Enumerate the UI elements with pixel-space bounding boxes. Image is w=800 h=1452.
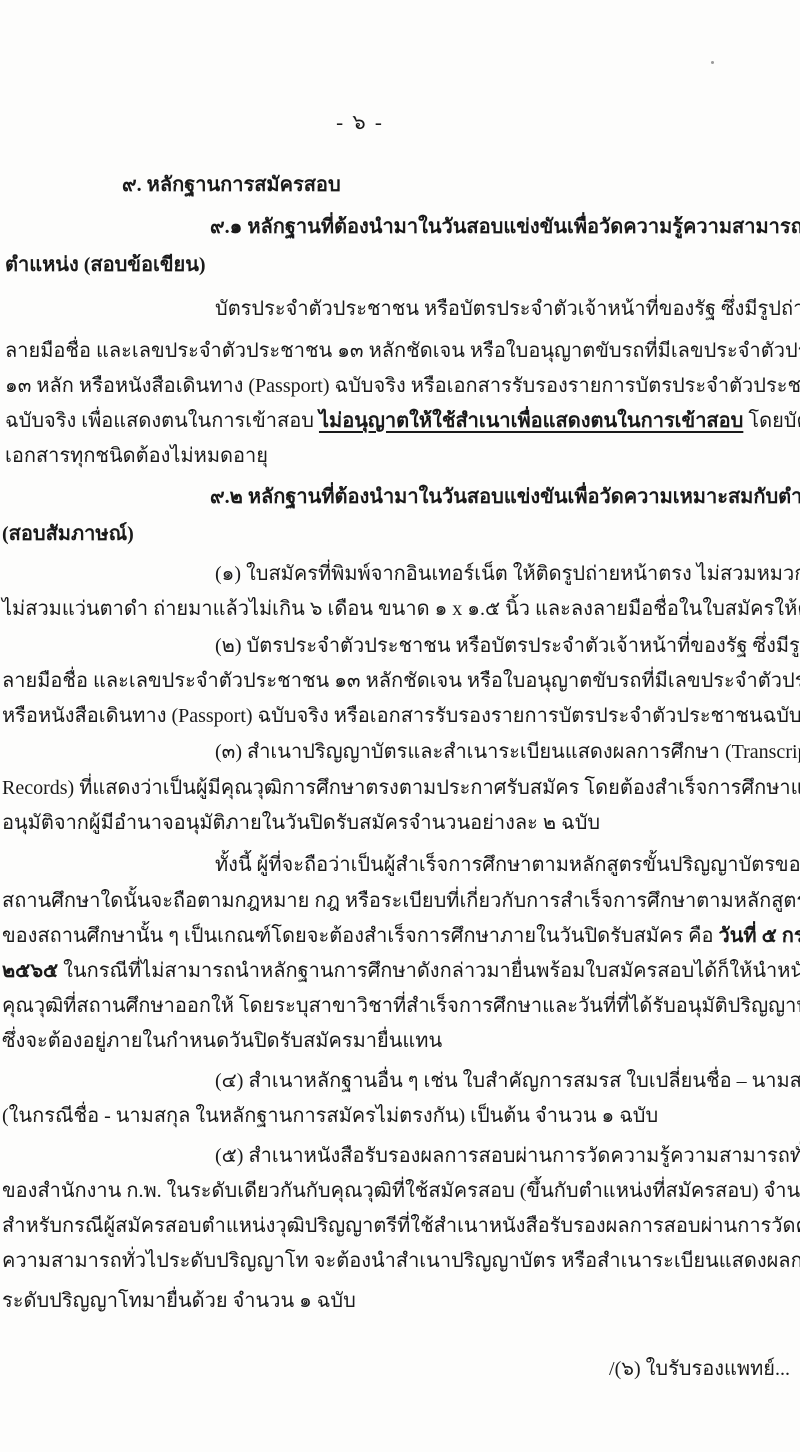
text-line: (ในกรณีชื่อ - นามสกุล ในหลักฐานการสมัครไ… xyxy=(2,1101,658,1131)
text-line: (๔) สำเนาหลักฐานอื่น ๆ เช่น ใบสำคัญการสม… xyxy=(215,1066,800,1096)
text-line: อนุมัติจากผู้มีอำนาจอนุมัติภายในวันปิดรั… xyxy=(2,808,600,838)
text-line: บัตรประจำตัวประชาชน หรือบัตรประจำตัวเจ้า… xyxy=(215,294,800,324)
text-segment: ซึ่งจะต้องอยู่ภายในกำหนดวันปิดรับสมัครมา… xyxy=(2,1030,442,1052)
text-line: เอกสารทุกชนิดต้องไม่หมดอายุ xyxy=(5,441,268,471)
text-line: ๙.๒ หลักฐานที่ต้องนำมาในวันสอบแข่งขันเพื… xyxy=(210,482,800,512)
text-segment: ความสามารถทั่วไประดับปริญญาโท จะต้องนำสำ… xyxy=(2,1250,800,1272)
text-line: ตำแหน่ง (สอบข้อเขียน) xyxy=(5,250,206,280)
text-segment: (สอบสัมภาษณ์) xyxy=(2,523,134,545)
text-line: หรือหนังสือเดินทาง (Passport) ฉบับจริง ห… xyxy=(2,701,800,731)
text-line: Records) ที่แสดงว่าเป็นผู้มีคุณวุฒิการศึ… xyxy=(2,773,800,803)
text-segment: (๑) ใบสมัครที่พิมพ์จากอินเทอร์เน็ต ให้ติ… xyxy=(215,563,800,585)
text-segment: (๓) สำเนาปริญญาบัตรและสำเนาระเบียนแสดงผล… xyxy=(215,741,800,763)
text-line: ซึ่งจะต้องอยู่ภายในกำหนดวันปิดรับสมัครมา… xyxy=(2,1026,442,1056)
text-segment: ตำแหน่ง (สอบข้อเขียน) xyxy=(5,254,206,276)
text-line: สำหรับกรณีผู้สมัครสอบตำแหน่งวุฒิปริญญาตร… xyxy=(2,1211,800,1241)
text-segment: สถานศึกษาใดนั้นจะถือตามกฎหมาย กฎ หรือระเ… xyxy=(2,890,800,912)
footer-continuation-note: /(๖) ใบรับรองแพทย์... xyxy=(609,1352,790,1384)
text-line: ความสามารถทั่วไประดับปริญญาโท จะต้องนำสำ… xyxy=(2,1246,800,1276)
page-number: - ๖ - xyxy=(0,106,720,139)
text-line: ๙.๑ หลักฐานที่ต้องนำมาในวันสอบแข่งขันเพื… xyxy=(210,212,800,242)
text-segment: ของสถานศึกษานั้น ๆ เป็นเกณฑ์โดยจะต้องสำเ… xyxy=(2,925,718,947)
text-segment: เอกสารทุกชนิดต้องไม่หมดอายุ xyxy=(5,445,268,467)
text-segment: ๑๓ หลัก หรือหนังสือเดินทาง (Passport) ฉบ… xyxy=(5,375,800,397)
document-page: - ๖ - ๙. หลักฐานการสมัครสอบ๙.๑ หลักฐานที… xyxy=(0,0,800,1452)
text-segment: ในกรณีที่ไม่สามารถนำหลักฐานการศึกษาดังกล… xyxy=(58,960,800,982)
text-line: ของสถานศึกษานั้น ๆ เป็นเกณฑ์โดยจะต้องสำเ… xyxy=(2,921,800,951)
text-segment: ระดับปริญญาโทมายื่นด้วย จำนวน ๑ ฉบับ xyxy=(2,1290,356,1312)
text-segment: ของสำนักงาน ก.พ. ในระดับเดียวกันกับคุณวุ… xyxy=(2,1180,800,1202)
scan-speck xyxy=(711,61,714,64)
text-segment: ลายมือชื่อ และเลขประจำตัวประชาชน ๑๓ หลัก… xyxy=(2,670,800,692)
text-line: ทั้งนี้ ผู้ที่จะถือว่าเป็นผู้สำเร็จการศึ… xyxy=(215,850,800,880)
text-segment: บัตรประจำตัวประชาชน หรือบัตรประจำตัวเจ้า… xyxy=(215,298,800,320)
text-line: (๒) บัตรประจำตัวประชาชน หรือบัตรประจำตัว… xyxy=(215,631,800,661)
text-line: (๕) สำเนาหนังสือรับรองผลการสอบผ่านการวัด… xyxy=(215,1141,800,1171)
text-segment: ๙.๒ หลักฐานที่ต้องนำมาในวันสอบแข่งขันเพื… xyxy=(210,486,800,508)
text-line: สถานศึกษาใดนั้นจะถือตามกฎหมาย กฎ หรือระเ… xyxy=(2,886,800,916)
text-line: ไม่สวมแว่นตาดำ ถ่ายมาแล้วไม่เกิน ๖ เดือน… xyxy=(2,594,800,624)
text-segment: วันที่ ๕ กรกฎาคม xyxy=(718,925,800,947)
text-segment: (๕) สำเนาหนังสือรับรองผลการสอบผ่านการวัด… xyxy=(215,1145,800,1167)
text-line: ๑๓ หลัก หรือหนังสือเดินทาง (Passport) ฉบ… xyxy=(5,371,800,401)
text-segment: สำหรับกรณีผู้สมัครสอบตำแหน่งวุฒิปริญญาตร… xyxy=(2,1215,800,1237)
text-segment: (๒) บัตรประจำตัวประชาชน หรือบัตรประจำตัว… xyxy=(215,635,800,657)
text-segment: ๒๕๖๕ xyxy=(2,960,58,982)
text-line: (๑) ใบสมัครที่พิมพ์จากอินเทอร์เน็ต ให้ติ… xyxy=(215,559,800,589)
text-segment: หรือหนังสือเดินทาง (Passport) ฉบับจริง ห… xyxy=(2,705,800,727)
text-segment: ทั้งนี้ ผู้ที่จะถือว่าเป็นผู้สำเร็จการศึ… xyxy=(215,854,800,876)
text-line: ลายมือชื่อ และเลขประจำตัวประชาชน ๑๓ หลัก… xyxy=(5,336,800,366)
text-line: คุณวุฒิที่สถานศึกษาออกให้ โดยระบุสาขาวิช… xyxy=(2,991,800,1021)
text-line: ๙. หลักฐานการสมัครสอบ xyxy=(122,170,341,200)
text-segment: Records) ที่แสดงว่าเป็นผู้มีคุณวุฒิการศึ… xyxy=(2,777,800,799)
text-segment: (๔) สำเนาหลักฐานอื่น ๆ เช่น ใบสำคัญการสม… xyxy=(215,1070,800,1092)
text-line: ระดับปริญญาโทมายื่นด้วย จำนวน ๑ ฉบับ xyxy=(2,1286,356,1316)
text-segment: (ในกรณีชื่อ - นามสกุล ในหลักฐานการสมัครไ… xyxy=(2,1105,658,1127)
text-segment: คุณวุฒิที่สถานศึกษาออกให้ โดยระบุสาขาวิช… xyxy=(2,995,800,1017)
text-segment: โดยบัตรหรือ xyxy=(743,410,800,432)
text-segment: ๙. หลักฐานการสมัครสอบ xyxy=(122,174,341,196)
text-line: ลายมือชื่อ และเลขประจำตัวประชาชน ๑๓ หลัก… xyxy=(2,666,800,696)
text-segment: ลายมือชื่อ และเลขประจำตัวประชาชน ๑๓ หลัก… xyxy=(5,340,800,362)
text-segment: ไม่อนุญาตให้ใช้สำเนาเพื่อแสดงตนในการเข้า… xyxy=(319,410,743,432)
text-line: ฉบับจริง เพื่อแสดงตนในการเข้าสอบ ไม่อนุญ… xyxy=(5,406,800,436)
text-line: (สอบสัมภาษณ์) xyxy=(2,519,134,549)
text-line: (๓) สำเนาปริญญาบัตรและสำเนาระเบียนแสดงผล… xyxy=(215,737,800,767)
text-segment: ๙.๑ หลักฐานที่ต้องนำมาในวันสอบแข่งขันเพื… xyxy=(210,216,800,238)
text-line: ของสำนักงาน ก.พ. ในระดับเดียวกันกับคุณวุ… xyxy=(2,1176,800,1206)
text-segment: ฉบับจริง เพื่อแสดงตนในการเข้าสอบ xyxy=(5,410,319,432)
text-line: ๒๕๖๕ ในกรณีที่ไม่สามารถนำหลักฐานการศึกษา… xyxy=(2,956,800,986)
text-segment: ไม่สวมแว่นตาดำ ถ่ายมาแล้วไม่เกิน ๖ เดือน… xyxy=(2,598,800,620)
text-segment: อนุมัติจากผู้มีอำนาจอนุมัติภายในวันปิดรั… xyxy=(2,812,600,834)
